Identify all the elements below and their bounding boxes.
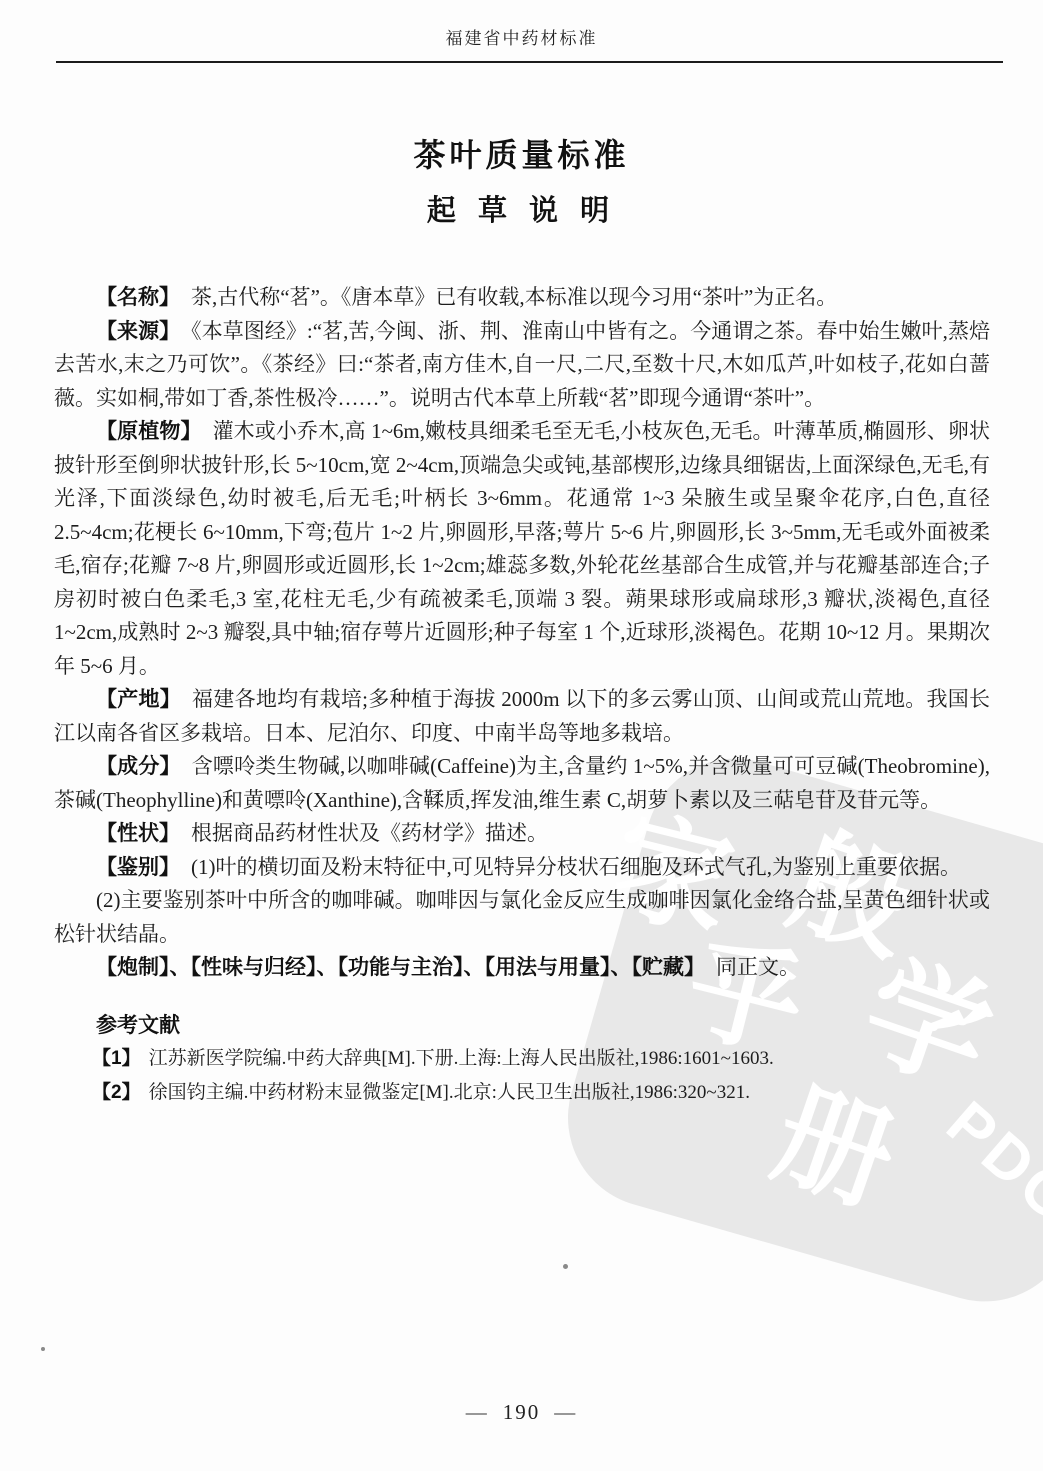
section-text: 《本草图经》:“茗,苦,今闽、浙、荆、淮南山中皆有之。今通谓之茶。春中始生嫩叶,… — [54, 319, 990, 410]
page-number-dash: — — [466, 1400, 489, 1425]
document-body: 【名称】茶,古代称“茗”。《唐本草》已有收载,本标准以现今习用“茶叶”为正名。 … — [54, 281, 990, 1109]
section-jianbie-2: (2)主要鉴别茶叶中所含的咖啡碱。咖啡因与氯化金反应生成咖啡因氯化金络合盐,呈黄… — [54, 884, 990, 951]
page-number: —190— — [0, 1400, 1043, 1425]
section-text: 含嘌呤类生物碱,以咖啡碱(Caffeine)为主,含量约 1~5%,并含微量可可… — [54, 754, 990, 812]
section-text: 茶,古代称“茗”。《唐本草》已有收载,本标准以现今习用“茶叶”为正名。 — [191, 285, 837, 309]
section-label: 【性状】 — [96, 822, 180, 845]
section-label: 【炮制】、【性味与归经】、【功能与主治】、【用法与用量】、【贮藏】 — [96, 956, 705, 979]
section-text: 根据商品药材性状及《药材学》描述。 — [191, 821, 548, 845]
section-text: 灌木或小乔木,高 1~6m,嫩枝具细柔毛至无毛,小枝灰色,无毛。叶薄革质,椭圆形… — [54, 419, 990, 678]
document-title: 茶叶质量标准 — [0, 130, 1043, 176]
references-heading: 参考文献 — [54, 1009, 990, 1043]
scanned-document-page: 家 般 乎 学 册 PDG 福建省中药材标准 茶叶质量标准 起 草 说 明 【名… — [0, 0, 1043, 1471]
running-header: 福建省中药材标准 — [0, 24, 1043, 49]
section-text: (1)叶的横切面及粉末特征中,可见特异分枝状石细胞及环式气孔,为鉴别上重要依据。 — [191, 855, 961, 879]
reference-text: 江苏新医学院编.中药大辞典[M].下册.上海:上海人民出版社,1986:1601… — [149, 1048, 774, 1069]
section-label: 【来源】 — [96, 320, 180, 343]
reference-number: 【1】 — [92, 1048, 141, 1069]
section-label: 【原植物】 — [96, 420, 202, 443]
section-text: 福建各地均有栽培;多种植于海拔 2000m 以下的多云雾山顶、山间或荒山荒地。我… — [54, 687, 990, 745]
reference-text: 徐国钧主编.中药材粉末显微鉴定[M].北京:人民卫生出版社,1986:320~3… — [149, 1082, 750, 1103]
section-text: 同正文。 — [716, 955, 800, 979]
section-laiyuan: 【来源】《本草图经》:“茗,苦,今闽、浙、荆、淮南山中皆有之。今通谓之茶。春中始… — [54, 315, 990, 416]
section-mingcheng: 【名称】茶,古代称“茗”。《唐本草》已有收载,本标准以现今习用“茶叶”为正名。 — [54, 281, 990, 315]
reference-item: 【1】江苏新医学院编.中药大辞典[M].下册.上海:上海人民出版社,1986:1… — [54, 1042, 990, 1076]
watermark-pdg-label: PDG — [933, 1088, 1043, 1240]
section-label: 【鉴别】 — [96, 856, 180, 879]
section-yuanzhiwu: 【原植物】灌木或小乔木,高 1~6m,嫩枝具细柔毛至无毛,小枝灰色,无毛。叶薄革… — [54, 415, 990, 683]
scan-speck — [41, 1347, 45, 1351]
reference-number: 【2】 — [92, 1082, 141, 1103]
header-rule — [56, 61, 1003, 63]
document-subtitle: 起 草 说 明 — [0, 188, 1043, 229]
section-chandi: 【产地】福建各地均有栽培;多种植于海拔 2000m 以下的多云雾山顶、山间或荒山… — [54, 683, 990, 750]
section-label: 【名称】 — [96, 286, 180, 309]
page-number-value: 190 — [503, 1400, 541, 1424]
page-number-dash: — — [554, 1400, 577, 1425]
scan-speck — [563, 1264, 568, 1269]
section-chengfen: 【成分】含嘌呤类生物碱,以咖啡碱(Caffeine)为主,含量约 1~5%,并含… — [54, 750, 990, 817]
reference-item: 【2】徐国钧主编.中药材粉末显微鉴定[M].北京:人民卫生出版社,1986:32… — [54, 1076, 990, 1110]
section-jianbie: 【鉴别】(1)叶的横切面及粉末特征中,可见特异分枝状石细胞及环式气孔,为鉴别上重… — [54, 851, 990, 885]
section-label: 【成分】 — [96, 755, 181, 778]
section-text: (2)主要鉴别茶叶中所含的咖啡碱。咖啡因与氯化金反应生成咖啡因氯化金络合盐,呈黄… — [54, 888, 990, 946]
section-paozhi-group: 【炮制】、【性味与归经】、【功能与主治】、【用法与用量】、【贮藏】同正文。 — [54, 951, 990, 985]
section-xingzhuang: 【性状】根据商品药材性状及《药材学》描述。 — [54, 817, 990, 851]
section-label: 【产地】 — [96, 688, 181, 711]
